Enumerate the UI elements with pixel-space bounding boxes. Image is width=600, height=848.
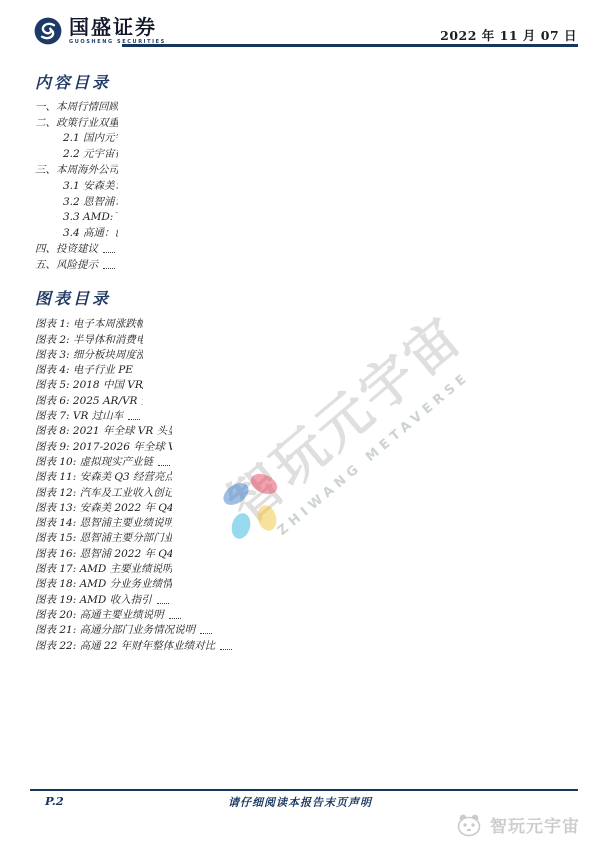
panda-icon <box>455 813 485 837</box>
footer-rule <box>30 789 578 791</box>
toc-entry-label: 一、本周行情回顾 <box>35 99 119 114</box>
toc-entry-label: 四、投资建议 <box>35 241 98 256</box>
content-toc-title: 内容目录 <box>35 70 111 93</box>
dot-leader <box>220 649 232 650</box>
figure-toc-entry-label: 图表 17: AMD 主要业绩说明 <box>35 561 173 576</box>
watermark-corner-text: 智玩元宇宙 <box>490 812 580 837</box>
figure-toc-entry-label: 图表 19: AMD 收入指引 <box>35 592 152 607</box>
figure-toc-entry-label: 图表 21: 高通分部门业务情况说明 <box>35 622 195 637</box>
figure-toc-entry-label: 图表 10: 虚拟现实产业链 <box>35 454 153 469</box>
report-date: 2022 年 11 月 07 日 <box>440 26 577 44</box>
header-rule <box>122 44 578 47</box>
figure-toc-entry-label: 图表 14: 恩智浦主要业绩说明 <box>35 515 174 530</box>
figure-toc-entry: 图表 22: 高通 22 年财年整体业绩对比 15 <box>35 637 576 652</box>
toc-entry-label: 五、风险提示 <box>35 257 98 272</box>
report-page: 国盛证券 GUOSHENG SECURITIES 2022 年 11 月 07 … <box>0 0 600 848</box>
dot-leader <box>169 618 181 619</box>
figure-toc-list: 图表 1: 电子本周涨跌幅情况（SW 电子 2021 分类，%） 3 图表 2:… <box>35 316 576 653</box>
dot-leader <box>103 252 115 253</box>
brand-name-cn: 国盛证券 <box>69 17 166 37</box>
figure-toc-entry-label: 图表 22: 高通 22 年财年整体业绩对比 <box>35 638 215 653</box>
dot-leader <box>103 268 115 269</box>
dot-leader <box>128 419 140 420</box>
figure-toc-entry-label: 图表 18: AMD 分业务业绩情况 <box>35 576 183 591</box>
figure-toc-entry-label: 图表 20: 高通主要业绩说明 <box>35 607 164 622</box>
watermark-corner: 智玩元宇宙 <box>455 812 580 837</box>
dot-leader <box>200 633 212 634</box>
guosheng-logo-icon <box>34 17 62 45</box>
figure-toc-entry-page: 15 <box>235 0 576 653</box>
figure-toc-entry-label: 图表 7: VR 过山车 <box>35 408 123 423</box>
figure-toc-title: 图表目录 <box>35 286 111 309</box>
dot-leader <box>158 465 170 466</box>
brand: 国盛证券 GUOSHENG SECURITIES <box>34 17 166 45</box>
footer-disclaimer: 请仔细阅读本报告末页声明 <box>0 794 600 810</box>
brand-text: 国盛证券 GUOSHENG SECURITIES <box>69 17 166 45</box>
dot-leader <box>157 603 169 604</box>
